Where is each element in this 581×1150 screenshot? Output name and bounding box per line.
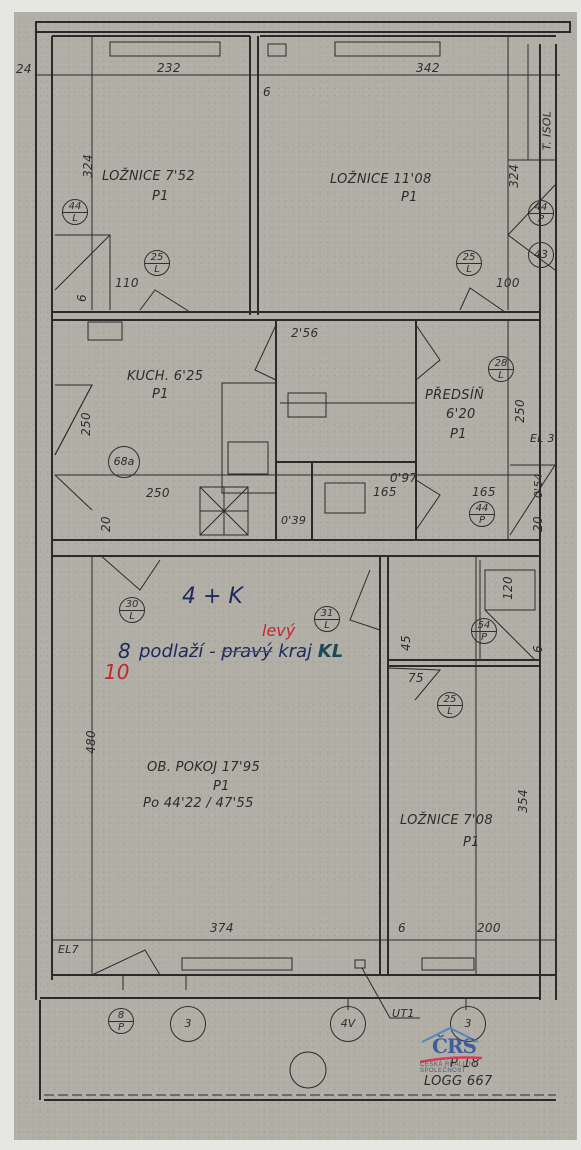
room-total-area: Po 44'22 / 47'55 xyxy=(143,797,254,810)
room-label-bedroom-1: LOŽNICE 7'52 xyxy=(102,170,195,183)
callout-tag: 4V xyxy=(330,1006,366,1042)
layout-note: 4 + K xyxy=(182,586,243,608)
callout-tag: 25L xyxy=(456,250,482,276)
floor-number-new: 10 xyxy=(104,662,129,682)
room-label-kitchen: KUCH. 6'25 xyxy=(127,370,203,383)
callout-tag: 44L xyxy=(62,199,88,225)
room-floor-living: P1 xyxy=(213,780,230,793)
callout-tag: 54P xyxy=(471,618,497,644)
dimension: 120 xyxy=(502,576,514,600)
room-area-hall: 6'20 xyxy=(446,408,476,421)
callout-tag: 3 xyxy=(170,1006,206,1042)
room-label-bedroom-3: LOŽNICE 7'08 xyxy=(400,814,493,827)
watermark-logo: ČRS ČESKÁ REALITNÍ SPOLEČNOST xyxy=(420,1026,492,1066)
dimension: 250 xyxy=(80,412,92,436)
room-label-hall: PŘEDSÍŇ xyxy=(425,389,484,402)
room-label-bedroom-2: LOŽNICE 11'08 xyxy=(330,173,432,186)
dimension: 0'39 xyxy=(281,515,306,526)
room-label-loggia: LOGG 667 xyxy=(424,1075,493,1088)
callout-tag: 25L xyxy=(144,250,170,276)
callout-tag: 30L xyxy=(119,597,145,623)
room-floor-kitchen: P1 xyxy=(152,388,169,401)
dimension: 24 xyxy=(16,63,32,75)
dimension: 374 xyxy=(210,922,234,934)
struck-word: pravý xyxy=(221,641,272,662)
dimension: 110 xyxy=(115,277,139,289)
dimension: 0'54 xyxy=(533,473,544,498)
floor-note-text: podlaží - xyxy=(139,641,221,662)
floor-note-suffix: kraj xyxy=(272,641,312,662)
dimension: 342 xyxy=(416,62,440,74)
callout-tag: 8P xyxy=(108,1008,134,1034)
thermal-insulation-label: T. ISOL xyxy=(541,111,552,151)
callout-tag: 28L xyxy=(488,356,514,382)
dimension: 354 xyxy=(517,789,529,813)
dimension: 324 xyxy=(508,164,520,188)
inserted-word: levý xyxy=(262,623,295,639)
dimension: 75 xyxy=(408,672,424,684)
dimension: 100 xyxy=(496,277,520,289)
dimension: 2'56 xyxy=(291,327,318,339)
room-floor-bedroom-3: P1 xyxy=(463,836,480,849)
callout-tag: 68a xyxy=(108,446,140,478)
callout-tag: 44P xyxy=(528,200,554,226)
dimension: 6 xyxy=(532,645,544,653)
callout-tag: 43 xyxy=(528,242,554,268)
dimension: 250 xyxy=(514,399,526,423)
dimension: 165 xyxy=(373,486,397,498)
floor-number-old: 8 xyxy=(118,641,131,661)
dimension: 6 xyxy=(398,922,406,934)
room-floor-bedroom-1: P1 xyxy=(152,190,169,203)
room-label-living: OB. POKOJ 17'95 xyxy=(147,761,260,774)
electric-label: EL7 xyxy=(58,944,79,955)
room-floor-bedroom-2: P1 xyxy=(401,191,418,204)
dimension: 232 xyxy=(157,62,181,74)
dimension: 6 xyxy=(76,294,88,302)
dimension: 200 xyxy=(477,922,501,934)
dimension: 165 xyxy=(472,486,496,498)
electric-label: EL 3 xyxy=(530,433,555,444)
dimension: 20 xyxy=(532,516,544,532)
scribble: KL xyxy=(318,641,343,662)
dimension: 20 xyxy=(100,516,112,532)
dimension: 250 xyxy=(146,487,170,499)
heating-label: UT1 xyxy=(392,1008,415,1019)
callout-tag: 25L xyxy=(437,692,463,718)
dimension: 6 xyxy=(263,86,271,98)
dimension: 480 xyxy=(85,730,97,754)
dimension: 45 xyxy=(400,635,412,651)
dimension: 0'97 xyxy=(390,472,417,484)
logo-text: ČRS xyxy=(432,1034,476,1058)
callout-tag: 31L xyxy=(314,606,340,632)
room-floor-hall: P1 xyxy=(450,428,467,441)
callout-tag: 44P xyxy=(469,501,495,527)
logo-subtitle: ČESKÁ REALITNÍ SPOLEČNOST xyxy=(420,1062,492,1074)
dimension: 324 xyxy=(82,154,94,178)
floor-note: podlaží - pravý kraj KL xyxy=(139,643,343,661)
